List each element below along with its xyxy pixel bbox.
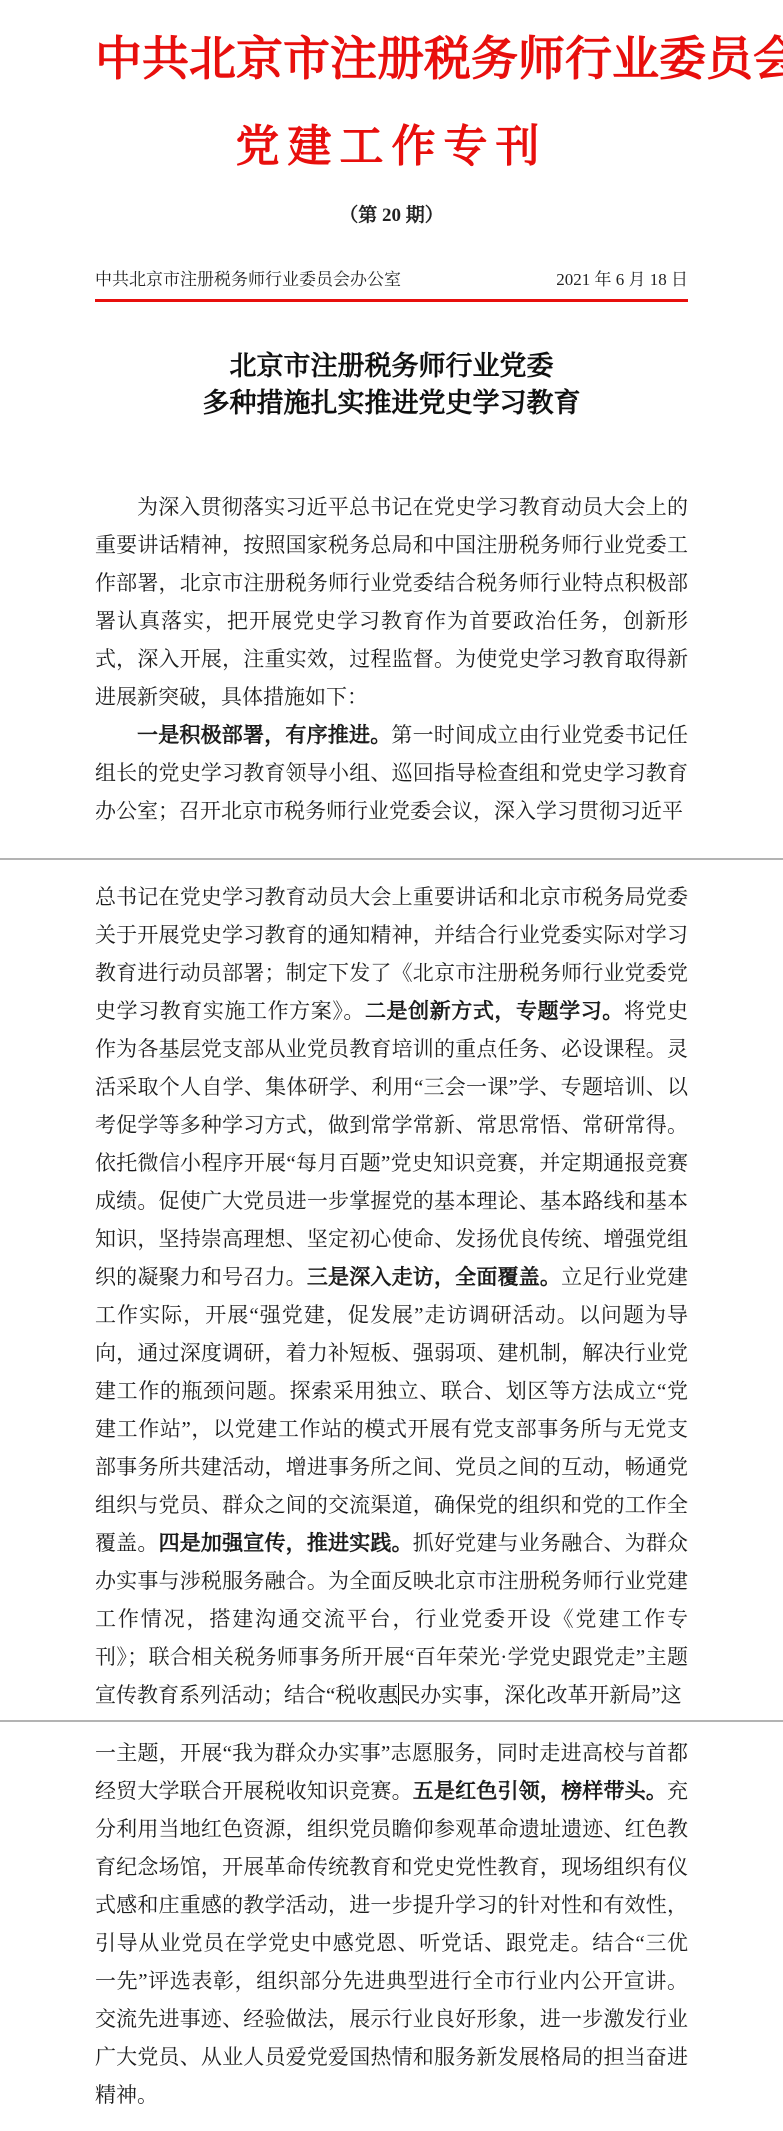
page-1-body: 为深入贯彻落实习近平总书记在党史学习教育动员大会上的重要讲话精神，按照国家税务总…: [95, 488, 688, 830]
masthead: 中共北京市注册税务师行业委员会 党建工作专刊 （第 20 期） 中共北京市注册税…: [95, 24, 688, 302]
page-3: 一主题，开展“我为群众办实事”志愿服务，同时走进高校与首都经贸大学联合开展税收知…: [0, 1720, 783, 2129]
paragraph: 总书记在党史学习教育动员大会上重要讲话和北京市税务局党委关于开展党史学习教育的通…: [95, 878, 688, 1714]
bold-text-run: 五是红色引领，榜样带头。: [413, 1779, 667, 1803]
bold-text-run: 三是深入走访，全面覆盖。: [307, 1265, 561, 1289]
paragraph: 一是积极部署，有序推进。第一时间成立由行业党委书记任组长的党史学习教育领导小组、…: [95, 716, 688, 830]
header-rule: [95, 299, 688, 302]
bold-text-run: 四是加强宣传，推进实践。: [159, 1531, 413, 1555]
paragraph: 为深入贯彻落实习近平总书记在党史学习教育动员大会上的重要讲话精神，按照国家税务总…: [95, 488, 688, 716]
paragraph: 一主题，开展“我为群众办实事”志愿服务，同时走进高校与首都经贸大学联合开展税收知…: [95, 1734, 688, 2114]
text-run: 为深入贯彻落实习近平总书记在党史学习教育动员大会上的重要讲话精神，按照国家税务总…: [95, 495, 688, 709]
page-1: 中共北京市注册税务师行业委员会 党建工作专刊 （第 20 期） 中共北京市注册税…: [0, 0, 783, 858]
page-3-body: 一主题，开展“我为群众办实事”志愿服务，同时走进高校与首都经贸大学联合开展税收知…: [95, 1734, 688, 2114]
publisher-row: 中共北京市注册税务师行业委员会办公室 2021 年 6 月 18 日: [95, 265, 688, 290]
issue-date: 2021 年 6 月 18 日: [556, 265, 688, 290]
text-run: 充分利用当地红色资源，组织党员瞻仰参观革命遗址遗迹、红色教育纪念场馆，开展革命传…: [95, 1779, 688, 2107]
issue-number: （第 20 期）: [95, 200, 688, 227]
text-run: 将党史作为各基层党支部从业党员教育培训的重点任务、必设课程。灵活采取个人自学、集…: [95, 999, 688, 1289]
article-title-line1: 北京市注册税务师行业党委: [230, 351, 554, 381]
article-title-line2: 多种措施扎实推进党史学习教育: [203, 388, 581, 418]
publisher-name: 中共北京市注册税务师行业委员会办公室: [95, 265, 401, 290]
text-run: 立足行业党建工作实际，开展“强党建，促发展”走访调研活动。以问题为导向，通过深度…: [95, 1265, 688, 1555]
article-title: 北京市注册税务师行业党委 多种措施扎实推进党史学习教育: [95, 348, 688, 422]
document: 中共北京市注册税务师行业委员会 党建工作专刊 （第 20 期） 中共北京市注册税…: [0, 0, 783, 2129]
org-title: 中共北京市注册税务师行业委员会: [95, 24, 688, 96]
bold-text-run: 二是创新方式，专题学习。: [365, 999, 624, 1023]
text-run: 抓好党建与业务融合、为群众办实事与涉税服务融合。为全面反映北京市注册税务师行业党…: [95, 1531, 688, 1707]
text-run: 民办实事，深化改革开新局”这: [399, 1683, 681, 1707]
bold-text-run: 一是积极部署，有序推进。: [137, 723, 391, 747]
publication-title: 党建工作专刊: [95, 118, 688, 176]
page-2-body: 总书记在党史学习教育动员大会上重要讲话和北京市税务局党委关于开展党史学习教育的通…: [95, 878, 688, 1714]
page-2: 总书记在党史学习教育动员大会上重要讲话和北京市税务局党委关于开展党史学习教育的通…: [0, 858, 783, 1720]
